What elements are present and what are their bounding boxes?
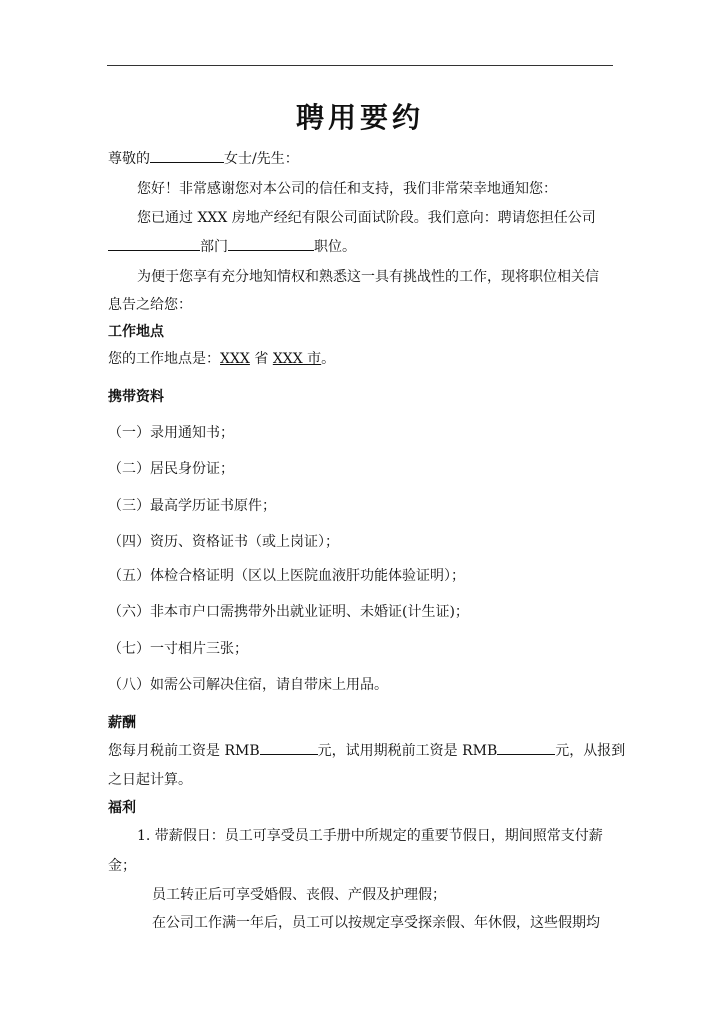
province-value: XXX	[220, 351, 250, 367]
materials-item-6: （六）非本市户口需携带外出就业证明、未婚证(计生证)；	[108, 603, 469, 621]
materials-item-3: （三）最高学历证书原件；	[108, 497, 276, 515]
province-suffix: 省	[250, 351, 273, 367]
document-title: 聘用要约	[0, 96, 720, 136]
salary-heading: 薪酬	[108, 714, 136, 732]
work-location-prefix: 您的工作地点是：	[108, 351, 220, 367]
department-blank[interactable]	[108, 238, 200, 251]
benefits-line-1: 1. 带薪假日：员工可享受员工手册中所规定的重要节假日，期间照常支付薪	[137, 827, 603, 845]
benefits-line-4: 在公司工作满一年后，员工可以按规定享受探亲假、年休假，这些假期均	[152, 914, 600, 932]
materials-item-2: （二）居民身份证；	[108, 460, 234, 478]
benefits-line-2: 金；	[108, 857, 136, 875]
salutation: 尊敬的女士/先生：	[108, 150, 299, 168]
name-blank[interactable]	[150, 150, 224, 163]
position-line: 部门职位。	[108, 238, 356, 256]
salutation-prefix: 尊敬的	[108, 151, 150, 167]
salary-from-label: 元，从报到	[555, 743, 625, 759]
probation-salary-blank[interactable]	[497, 742, 555, 755]
salary-probation-label: 元，试用期税前工资是 RMB	[318, 743, 498, 759]
materials-heading: 携带资料	[108, 388, 164, 406]
position-label: 职位。	[314, 239, 356, 255]
work-location-heading: 工作地点	[108, 323, 164, 341]
salary-line-2: 之日起计算。	[108, 771, 192, 789]
benefits-heading: 福利	[108, 799, 136, 817]
work-location-text: 您的工作地点是：XXX 省 XXX 市。	[108, 350, 335, 368]
city-value: XXX 市	[273, 351, 321, 367]
materials-item-7: （七）一寸相片三张；	[108, 640, 248, 658]
salutation-suffix: 女士/先生：	[224, 151, 299, 167]
salary-monthly-label: 您每月税前工资是 RMB	[108, 743, 260, 759]
materials-item-8: （八）如需公司解决住宿，请自带床上用品。	[108, 676, 388, 694]
position-blank[interactable]	[228, 238, 314, 251]
notice-line-2: 息告之给您：	[108, 296, 192, 314]
benefits-line-3: 员工转正后可享受婚假、丧假、产假及护理假；	[152, 886, 446, 904]
header-rule	[107, 65, 613, 66]
department-label: 部门	[200, 239, 228, 255]
materials-item-1: （一）录用通知书；	[108, 424, 234, 442]
salary-line-1: 您每月税前工资是 RMB元，试用期税前工资是 RMB元，从报到	[108, 742, 625, 760]
materials-item-5: （五）体检合格证明（区以上医院血液肝功能体验证明）；	[108, 567, 465, 585]
monthly-salary-blank[interactable]	[260, 742, 318, 755]
notice-line-1: 为便于您享有充分地知情权和熟悉这一具有挑战性的工作，现将职位相关信	[137, 268, 599, 286]
materials-item-4: （四）资历、资格证书（或上岗证）；	[108, 533, 339, 551]
intro-line-1: 您好！非常感谢您对本公司的信任和支持，我们非常荣幸地通知您：	[137, 180, 557, 198]
intro-line-2: 您已通过 XXX 房地产经纪有限公司面试阶段。我们意向：聘请您担任公司	[137, 209, 596, 227]
work-location-end: 。	[321, 351, 335, 367]
